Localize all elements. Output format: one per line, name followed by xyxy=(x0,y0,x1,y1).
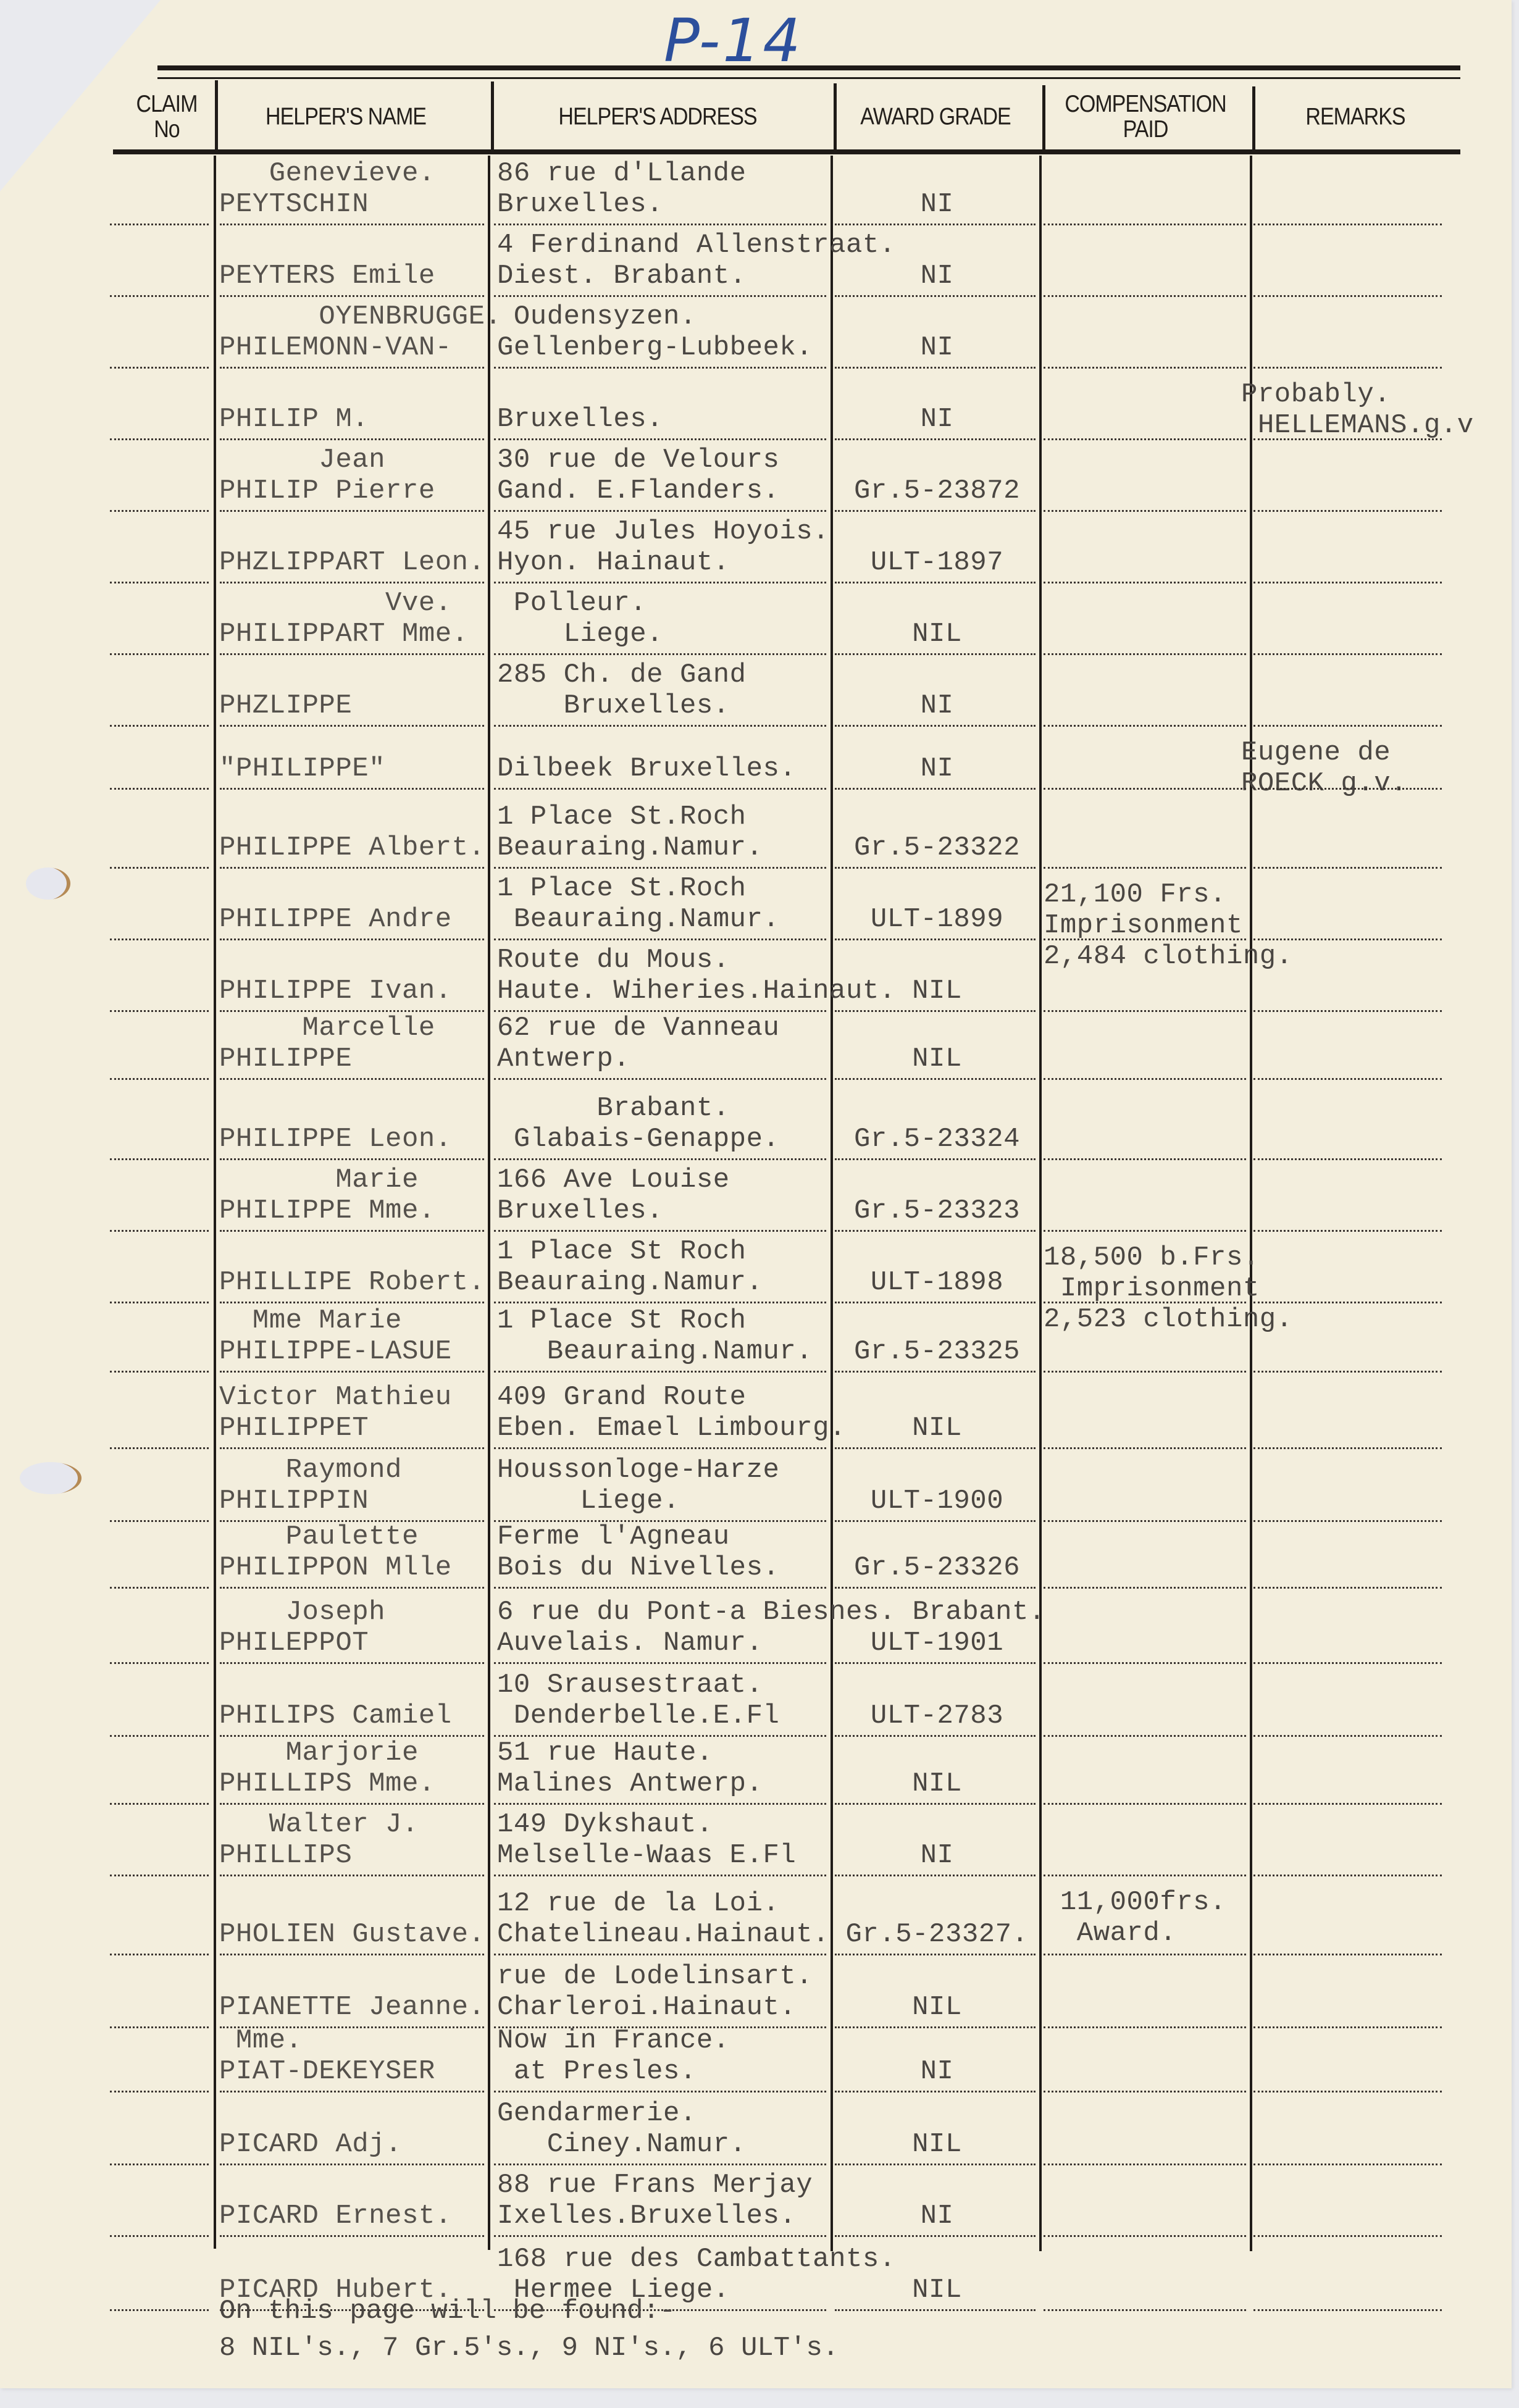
row-separator xyxy=(220,1371,484,1373)
header-divider xyxy=(491,82,494,153)
row-separator xyxy=(220,510,484,512)
row-separator xyxy=(220,1078,484,1080)
top-rule-thick xyxy=(157,65,1460,70)
helper-address-line-1: 1 Place St Roch xyxy=(497,1305,747,1336)
row-separator xyxy=(835,1520,1036,1522)
helper-address-line-2: Bruxelles. xyxy=(497,690,730,721)
helper-address-line-1: 4 Ferdinand Allenstraat. xyxy=(497,230,896,261)
row-separator xyxy=(110,788,209,790)
helper-address-line-1: 10 Srausestraat. xyxy=(497,1670,763,1700)
punch-hole xyxy=(20,1462,82,1494)
row-separator xyxy=(835,1447,1036,1449)
row-separator xyxy=(1253,2309,1442,2311)
award-grade: Gr.5-23326 xyxy=(837,1552,1037,1583)
row-separator xyxy=(1253,510,1442,512)
header-helper-name: HELPER'S NAME xyxy=(213,75,479,160)
header-award-grade: AWARD GRADE xyxy=(837,75,1034,160)
award-grade: NIL xyxy=(837,619,1037,650)
helper-address-line-2: Eben. Emael Limbourg. xyxy=(497,1413,846,1444)
row-separator xyxy=(1253,1447,1442,1449)
award-grade: NI xyxy=(837,261,1037,291)
helper-address-line-2: Beauraing.Namur. xyxy=(497,904,779,935)
helper-address-line-2: Melselle-Waas E.Fl xyxy=(497,1840,796,1871)
row-separator xyxy=(1044,788,1246,790)
row-separator xyxy=(835,1158,1036,1160)
row-separator xyxy=(1253,2163,1442,2165)
row-separator xyxy=(110,2091,209,2092)
row-separator xyxy=(220,867,484,869)
row-separator xyxy=(220,1735,484,1737)
helper-address-line-2: Chatelineau.Hainaut. xyxy=(497,1919,829,1950)
row-separator xyxy=(110,438,209,440)
row-separator xyxy=(1044,1954,1246,1955)
row-separator xyxy=(494,1875,826,1876)
helper-name-line-2: PHILIPS Camiel xyxy=(219,1700,452,1731)
helper-address-line-2: Glabais-Genappe. xyxy=(497,1124,779,1155)
row-separator xyxy=(1044,2235,1246,2237)
helper-name-line-1: Raymond xyxy=(219,1455,402,1486)
award-grade: ULT-1899 xyxy=(837,904,1037,935)
remarks-line: HELLEMANS.g.v xyxy=(1241,410,1474,441)
row-separator xyxy=(110,1803,209,1805)
helper-name-line-2: PICARD Ernest. xyxy=(219,2201,452,2231)
row-separator xyxy=(110,1735,209,1737)
row-separator xyxy=(1044,1735,1246,1737)
header-divider xyxy=(1252,86,1255,152)
helper-address-line-1: Now in France. xyxy=(497,2025,730,2056)
row-separator xyxy=(220,939,484,940)
helper-name-line-2: PHILIPPE Mme. xyxy=(219,1195,435,1226)
header-helper-address: HELPER'S ADDRESS xyxy=(491,75,824,160)
helper-name-line-2: PHILEPPOT xyxy=(219,1628,369,1658)
helper-name-line-2: PHILIP Pierre xyxy=(219,475,435,506)
helper-name-line-2: PHILLIPS xyxy=(219,1840,352,1871)
row-separator xyxy=(1044,1875,1246,1876)
compensation-line: 11,000frs. xyxy=(1044,1887,1226,1918)
row-separator xyxy=(110,1662,209,1664)
helper-name-line-2: PHILIPPE Leon. xyxy=(219,1124,452,1155)
row-separator xyxy=(835,582,1036,583)
row-separator xyxy=(835,1954,1036,1955)
award-grade: NIL xyxy=(837,2129,1037,2160)
helper-address-line-1: Oudensyzen. xyxy=(497,301,697,332)
summary-line-2: 8 NIL's., 7 Gr.5's., 9 NI's., 6 ULT's. xyxy=(219,2333,839,2364)
row-separator xyxy=(835,867,1036,869)
helper-name-line-1: Joseph xyxy=(219,1597,385,1628)
helper-address-line-2: Diest. Brabant. xyxy=(497,261,747,291)
helper-address-line-2: Beauraing.Namur. xyxy=(497,1336,813,1367)
row-separator xyxy=(1044,1158,1246,1160)
row-separator xyxy=(110,1371,209,1373)
helper-address-line-1: Gendarmerie. xyxy=(497,2098,697,2129)
helper-name-line-2: "PHILIPPE" xyxy=(219,753,385,784)
row-separator xyxy=(494,1447,826,1449)
row-separator xyxy=(1044,2026,1246,2028)
row-separator xyxy=(1253,939,1442,940)
row-separator xyxy=(220,1954,484,1955)
helper-name-line-2: PHILIPPE Albert. xyxy=(219,832,485,863)
row-separator xyxy=(110,2309,209,2311)
row-separator xyxy=(494,788,826,790)
row-separator xyxy=(1253,1371,1442,1373)
row-separator xyxy=(110,367,209,369)
row-separator xyxy=(835,367,1036,369)
row-separator xyxy=(1044,1078,1246,1080)
award-grade: NIL xyxy=(837,1992,1037,2023)
row-separator xyxy=(494,939,826,940)
row-separator xyxy=(835,1587,1036,1589)
row-separator xyxy=(1253,788,1442,790)
row-separator xyxy=(494,1302,826,1303)
row-separator xyxy=(835,725,1036,727)
helper-address-line-1: 6 rue du Pont-a Biesnes. Brabant. xyxy=(497,1597,1045,1628)
helper-name-line-2: PHILLIPS Mme. xyxy=(219,1768,435,1799)
row-separator xyxy=(1044,1010,1246,1012)
helper-name-line-1: Mme Marie xyxy=(219,1305,402,1336)
row-separator xyxy=(835,1371,1036,1373)
row-separator xyxy=(220,725,484,727)
row-separator xyxy=(835,1735,1036,1737)
award-grade: NI xyxy=(837,2201,1037,2231)
award-grade: Gr.5-23322 xyxy=(837,832,1037,863)
row-separator xyxy=(110,1158,209,1160)
row-separator xyxy=(494,725,826,727)
helper-name-line-1: Marcelle xyxy=(219,1013,435,1043)
row-separator xyxy=(1044,1371,1246,1373)
row-separator xyxy=(1044,295,1246,297)
helper-name-line-2: PHZLIPPART Leon. xyxy=(219,547,485,578)
row-separator xyxy=(110,653,209,655)
row-separator xyxy=(110,2235,209,2237)
row-separator xyxy=(494,1803,826,1805)
remarks-line: ROECK g.v. xyxy=(1241,768,1407,799)
row-separator xyxy=(1253,1078,1442,1080)
award-grade: ULT-1901 xyxy=(837,1628,1037,1658)
helper-name-line-2: PHILIP M. xyxy=(219,404,369,435)
row-separator xyxy=(1253,725,1442,727)
helper-address-line-1: Ferme l'Agneau xyxy=(497,1521,730,1552)
row-separator xyxy=(835,510,1036,512)
helper-address-line-1: 62 rue de Vanneau xyxy=(497,1013,779,1043)
row-separator xyxy=(220,1302,484,1303)
row-separator xyxy=(110,1010,209,1012)
helper-address-line-1: Houssonloge-Harze xyxy=(497,1455,779,1486)
award-grade: NI xyxy=(837,332,1037,363)
row-separator xyxy=(220,653,484,655)
row-separator xyxy=(1253,224,1442,225)
award-grade: NI xyxy=(837,189,1037,220)
helper-address-line-1: 1 Place St Roch xyxy=(497,1236,747,1267)
row-separator xyxy=(220,295,484,297)
row-separator xyxy=(494,1371,826,1373)
row-separator xyxy=(835,1662,1036,1664)
header-remarks: REMARKS xyxy=(1257,75,1454,160)
row-separator xyxy=(110,1302,209,1303)
helper-name-line-1: Walter J. xyxy=(219,1809,419,1840)
helper-address-line-2: Denderbelle.E.Fl xyxy=(497,1700,779,1731)
row-separator xyxy=(1253,867,1442,869)
row-separator xyxy=(110,1520,209,1522)
helper-name-line-1: OYENBRUGGE. xyxy=(219,301,501,332)
helper-name-line-1: Marie xyxy=(219,1164,419,1195)
helper-address-line-1: 45 rue Jules Hoyois. xyxy=(497,516,829,547)
row-separator xyxy=(220,2235,484,2237)
award-grade: Gr.5-23323 xyxy=(837,1195,1037,1226)
row-separator xyxy=(1253,1230,1442,1232)
row-separator xyxy=(220,1662,484,1664)
header-divider xyxy=(1042,85,1045,152)
helper-address-line-2: Liege. xyxy=(497,1486,680,1516)
row-separator xyxy=(835,788,1036,790)
helper-address-line-2: Ixelles.Bruxelles. xyxy=(497,2201,796,2231)
row-separator xyxy=(220,2091,484,2092)
row-separator xyxy=(110,582,209,583)
helper-address-line-2: Malines Antwerp. xyxy=(497,1768,763,1799)
row-separator xyxy=(1253,1587,1442,1589)
row-separator xyxy=(110,939,209,940)
header-divider xyxy=(215,80,218,151)
helper-name-line-2: PHILIPPART Mme. xyxy=(219,619,469,650)
row-separator xyxy=(835,2091,1036,2092)
row-separator xyxy=(110,1447,209,1449)
helper-address-line-2: Beauraing.Namur. xyxy=(497,832,763,863)
helper-address-line-2: Hyon. Hainaut. xyxy=(497,547,730,578)
row-separator xyxy=(1253,1954,1442,1955)
row-separator xyxy=(494,1662,826,1664)
row-separator xyxy=(835,2163,1036,2165)
row-separator xyxy=(1253,438,1442,440)
row-separator xyxy=(835,224,1036,225)
row-separator xyxy=(1253,1302,1442,1303)
summary-line-1: On this page will be found:- xyxy=(219,2296,676,2326)
row-separator xyxy=(110,224,209,225)
row-separator xyxy=(494,1078,826,1080)
row-separator xyxy=(494,582,826,583)
row-separator xyxy=(835,1302,1036,1303)
row-separator xyxy=(835,2309,1036,2311)
helper-address-line-2: Bruxelles. xyxy=(497,1195,663,1226)
row-separator xyxy=(1044,1230,1246,1232)
remarks-line: Probably. xyxy=(1241,379,1391,410)
helper-name-line-2: PHZLIPPE xyxy=(219,690,352,721)
row-separator xyxy=(494,438,826,440)
row-separator xyxy=(220,582,484,583)
row-separator xyxy=(1044,367,1246,369)
row-separator xyxy=(494,2163,826,2165)
helper-address-line-2: Gellenberg-Lubbeek. xyxy=(497,332,813,363)
row-separator xyxy=(110,295,209,297)
row-separator xyxy=(835,1010,1036,1012)
helper-name-line-2: PEYTERS Emile xyxy=(219,261,435,291)
row-separator xyxy=(835,1230,1036,1232)
header-compensation-paid: COMPENSATION PAID xyxy=(1047,75,1244,160)
compensation-line: Award. xyxy=(1044,1918,1176,1949)
row-separator xyxy=(494,1587,826,1589)
row-separator xyxy=(494,367,826,369)
row-separator xyxy=(494,2235,826,2237)
helper-name-line-2: PHILLIPE Robert. xyxy=(219,1267,485,1298)
row-separator xyxy=(220,1158,484,1160)
remarks-line: Eugene de xyxy=(1241,737,1391,768)
award-grade: ULT-1900 xyxy=(837,1486,1037,1516)
row-separator xyxy=(220,224,484,225)
column-rule-address xyxy=(488,156,490,2250)
helper-name-line-2: PHILIPPET xyxy=(219,1413,369,1444)
row-separator xyxy=(1044,224,1246,225)
row-separator xyxy=(1253,653,1442,655)
helper-name-line-1: Vve. xyxy=(219,588,452,619)
helper-name-line-1: Mme. xyxy=(219,2025,303,2056)
award-grade: NI xyxy=(837,1840,1037,1871)
row-separator xyxy=(220,367,484,369)
row-separator xyxy=(1253,1158,1442,1160)
row-separator xyxy=(835,2235,1036,2237)
row-separator xyxy=(1253,1662,1442,1664)
award-grade: Gr.5-23324 xyxy=(837,1124,1037,1155)
row-separator xyxy=(494,1230,826,1232)
helper-address-line-2: Bruxelles. xyxy=(497,404,663,435)
row-separator xyxy=(835,1875,1036,1876)
helper-name-line-1: Jean xyxy=(219,445,385,475)
helper-address-line-1: 88 rue Frans Merjay xyxy=(497,2170,813,2201)
row-separator xyxy=(220,1447,484,1449)
row-separator xyxy=(1253,1803,1442,1805)
award-grade: Gr.5-23872 xyxy=(837,475,1037,506)
row-separator xyxy=(1044,2091,1246,2092)
row-separator xyxy=(1044,1520,1246,1522)
row-separator xyxy=(1044,1587,1246,1589)
header-rule xyxy=(113,149,1460,154)
row-separator xyxy=(494,1735,826,1737)
helper-name-line-2: PEYTSCHIN xyxy=(219,189,369,220)
row-separator xyxy=(494,1158,826,1160)
award-grade: ULT-1898 xyxy=(837,1267,1037,1298)
row-separator xyxy=(220,1230,484,1232)
row-separator xyxy=(1253,1010,1442,1012)
helper-name-line-2: PHILEMONN-VAN- xyxy=(219,332,452,363)
helper-name-line-2: PHILIPPE xyxy=(219,1043,352,1074)
award-grade: Gr.5-23325 xyxy=(837,1336,1037,1367)
compensation-line: 2,523 clothing. xyxy=(1044,1304,1293,1335)
helper-address-line-1: 51 rue Haute. xyxy=(497,1737,713,1768)
row-separator xyxy=(835,438,1036,440)
helper-address-line-1: 168 rue des Cambattants. xyxy=(497,2244,896,2275)
row-separator xyxy=(1253,1875,1442,1876)
compensation-line: Imprisonment xyxy=(1044,910,1243,941)
helper-address-line-2: Liege. xyxy=(497,619,663,650)
helper-address-line-2: Beauraing.Namur. xyxy=(497,1267,763,1298)
row-separator xyxy=(1044,725,1246,727)
helper-address-line-2: Gand. E.Flanders. xyxy=(497,475,779,506)
helper-name-line-2: PHILIPPIN xyxy=(219,1486,369,1516)
compensation-line: 2,484 clothing. xyxy=(1044,941,1293,972)
header-divider xyxy=(834,83,837,151)
row-separator xyxy=(110,867,209,869)
helper-name-line-1: Marjorie xyxy=(219,1737,419,1768)
helper-address-line-2: Bois du Nivelles. xyxy=(497,1552,779,1583)
helper-name-line-2: PHILIPPON Mlle xyxy=(219,1552,452,1583)
row-separator xyxy=(1044,1662,1246,1664)
helper-address-line-2: Auvelais. Namur. xyxy=(497,1628,763,1658)
award-grade: ULT-2783 xyxy=(837,1700,1037,1731)
row-separator xyxy=(494,653,826,655)
row-separator xyxy=(1044,582,1246,583)
award-grade: NI xyxy=(837,404,1037,435)
helper-address-line-1: Route du Mous. xyxy=(497,945,730,976)
row-separator xyxy=(494,1010,826,1012)
helper-name-line-2: PICARD Adj. xyxy=(219,2129,402,2160)
column-rule-remarks xyxy=(1250,156,1252,2251)
award-grade: NI xyxy=(837,2056,1037,2087)
punch-hole xyxy=(26,867,70,900)
helper-address-line-1: 285 Ch. de Gand xyxy=(497,659,747,690)
helper-address-line-1: rue de Lodelinsart. xyxy=(497,1961,813,1992)
row-separator xyxy=(1253,2091,1442,2092)
award-grade: NIL xyxy=(837,1413,1037,1444)
award-grade: NI xyxy=(837,690,1037,721)
row-separator xyxy=(220,1587,484,1589)
row-separator xyxy=(110,1954,209,1955)
row-separator xyxy=(1253,1735,1442,1737)
helper-address-line-2: Charleroi.Hainaut. xyxy=(497,1992,796,2023)
row-separator xyxy=(1253,2235,1442,2237)
row-separator xyxy=(220,1803,484,1805)
row-separator xyxy=(835,653,1036,655)
row-separator xyxy=(835,2026,1036,2028)
row-separator xyxy=(110,2163,209,2165)
helper-address-line-2: Bruxelles. xyxy=(497,189,663,220)
helper-name-line-2: PIAT-DEKEYSER xyxy=(219,2056,435,2087)
compensation-line: 21,100 Frs. xyxy=(1044,879,1226,910)
helper-name-line-2: PHILIPPE Ivan. xyxy=(219,976,452,1006)
row-separator xyxy=(1253,367,1442,369)
row-separator xyxy=(1044,2163,1246,2165)
row-separator xyxy=(1253,582,1442,583)
helper-name-line-1: Paulette xyxy=(219,1521,419,1552)
row-separator xyxy=(1044,939,1246,940)
row-separator xyxy=(1044,867,1246,869)
row-separator xyxy=(494,295,826,297)
column-rule-grade xyxy=(831,156,833,2251)
column-rule-name xyxy=(214,156,216,2249)
row-separator xyxy=(220,1010,484,1012)
header-claim-no: CLAIM No xyxy=(127,75,207,160)
row-separator xyxy=(220,788,484,790)
row-separator xyxy=(220,2163,484,2165)
helper-address-line-2: Haute. Wiheries.Hainaut. xyxy=(497,976,896,1006)
row-separator xyxy=(110,1230,209,1232)
row-separator xyxy=(1253,2026,1442,2028)
helper-name-line-2: PIANETTE Jeanne. xyxy=(219,1992,485,2023)
row-separator xyxy=(1044,1447,1246,1449)
row-separator xyxy=(835,1803,1036,1805)
helper-address-line-1: Brabant. xyxy=(497,1093,730,1124)
helper-address-line-2: at Presles. xyxy=(497,2056,697,2087)
row-separator xyxy=(1253,1520,1442,1522)
table-header: CLAIM No HELPER'S NAME HELPER'S ADDRESS … xyxy=(114,80,1460,154)
award-grade: NIL xyxy=(837,976,1037,1006)
helper-address-line-1: 409 Grand Route xyxy=(497,1382,747,1413)
row-separator xyxy=(1044,653,1246,655)
row-separator xyxy=(110,725,209,727)
helper-address-line-1: 1 Place St.Roch xyxy=(497,801,747,832)
helper-name-line-2: PHOLIEN Gustave. xyxy=(219,1919,485,1950)
helper-name-line-2: PHILIPPE Andre xyxy=(219,904,452,935)
helper-address-line-2: Ciney.Namur. xyxy=(497,2129,747,2160)
helper-address-line-2: Dilbeek Bruxelles. xyxy=(497,753,796,784)
helper-address-line-1: 30 rue de Velours xyxy=(497,445,779,475)
award-grade: NIL xyxy=(837,1043,1037,1074)
